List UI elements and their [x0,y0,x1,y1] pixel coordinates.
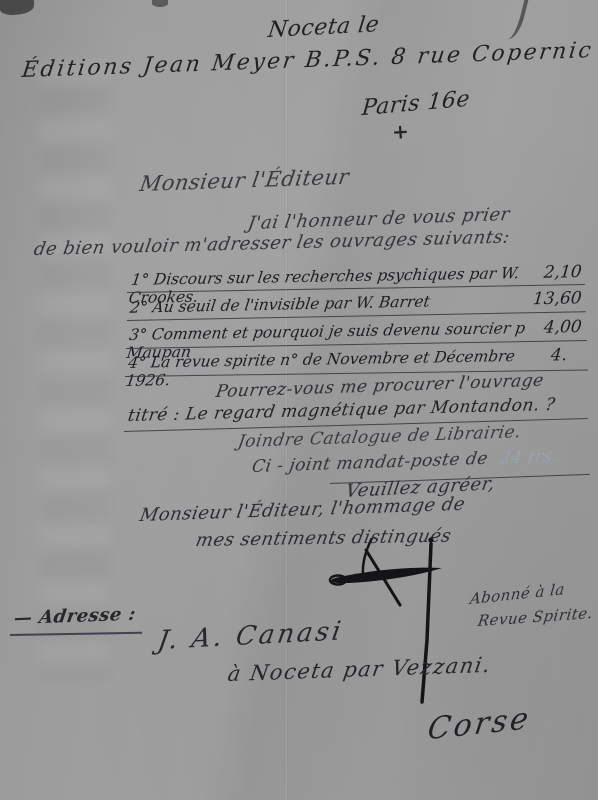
item-price: 4,00 [543,317,583,338]
item-price: 13,60 [532,288,582,309]
edge-smudge [0,0,34,15]
subscriber-note-line-2: Revue Spirite. [477,604,595,630]
letter-page: Noceta le Éditions Jean Meyer B.P.S. 8 r… [0,0,598,800]
subscriber-note-line-1: Abonné à la [469,580,566,608]
item-price: 4. [550,345,568,365]
salutation: Monsieur l'Éditeur [138,165,351,196]
item-price: 2,10 [543,262,583,283]
amount-pencil: 24 frs. [498,446,560,468]
recipient-line: Éditions Jean Meyer B.P.S. 8 rue Coperni… [20,38,594,83]
city-line: Paris 16e [361,86,471,121]
edge-smudge [152,0,168,7]
cross-mark: + [391,119,410,144]
place-date-line: Noceta le [266,12,380,43]
edge-smudge [501,0,530,41]
showthrough-watermark [40,60,110,680]
item-number-title: 2° Au seuil de l'invisible par W. Barret [129,292,431,316]
request-line-4: Ci - joint mandat-poste de 24 frs. [250,446,560,477]
address-label: — Adresse : [13,604,138,629]
